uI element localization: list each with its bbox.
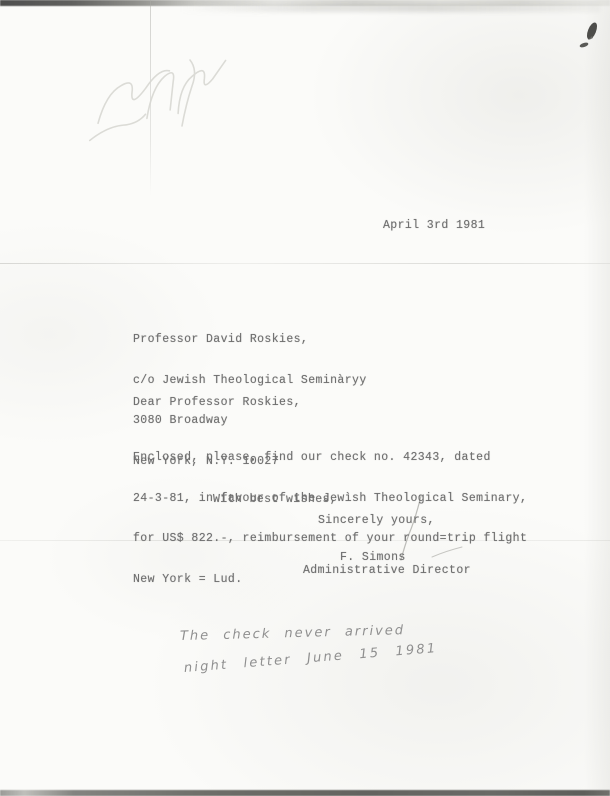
address-line: c/o Jewish Theological Seminàryy — [133, 374, 367, 388]
signature-name: F. Simons — [340, 551, 406, 565]
signature-title: Administrative Director — [303, 564, 471, 578]
salutation: Dear Professor Roskies, — [133, 396, 301, 410]
body-line: Enclosed, please, find our check no. 423… — [133, 451, 527, 465]
handwritten-note-line1: The check never arrived — [180, 623, 405, 644]
scan-edge-bottom — [0, 790, 610, 796]
scan-smudge-top — [180, 4, 600, 12]
fold-crease-horizontal-upper — [0, 263, 610, 264]
address-line: Professor David Roskies, — [133, 333, 367, 347]
fold-crease-vertical-top — [150, 0, 151, 196]
handwritten-note-line2: night letter June 15 1981 — [183, 641, 437, 676]
closing-sincerely: Sincerely yours, — [318, 514, 435, 528]
letter-date: April 3rd 1981 — [383, 219, 485, 233]
paper-shading-right — [584, 0, 610, 796]
scanned-letter-page: April 3rd 1981 Professor David Roskies, … — [0, 0, 610, 796]
closing-wishes: With best wishes, — [213, 493, 337, 507]
body-line: for US$ 822.-, reimbursement of your rou… — [133, 532, 527, 546]
